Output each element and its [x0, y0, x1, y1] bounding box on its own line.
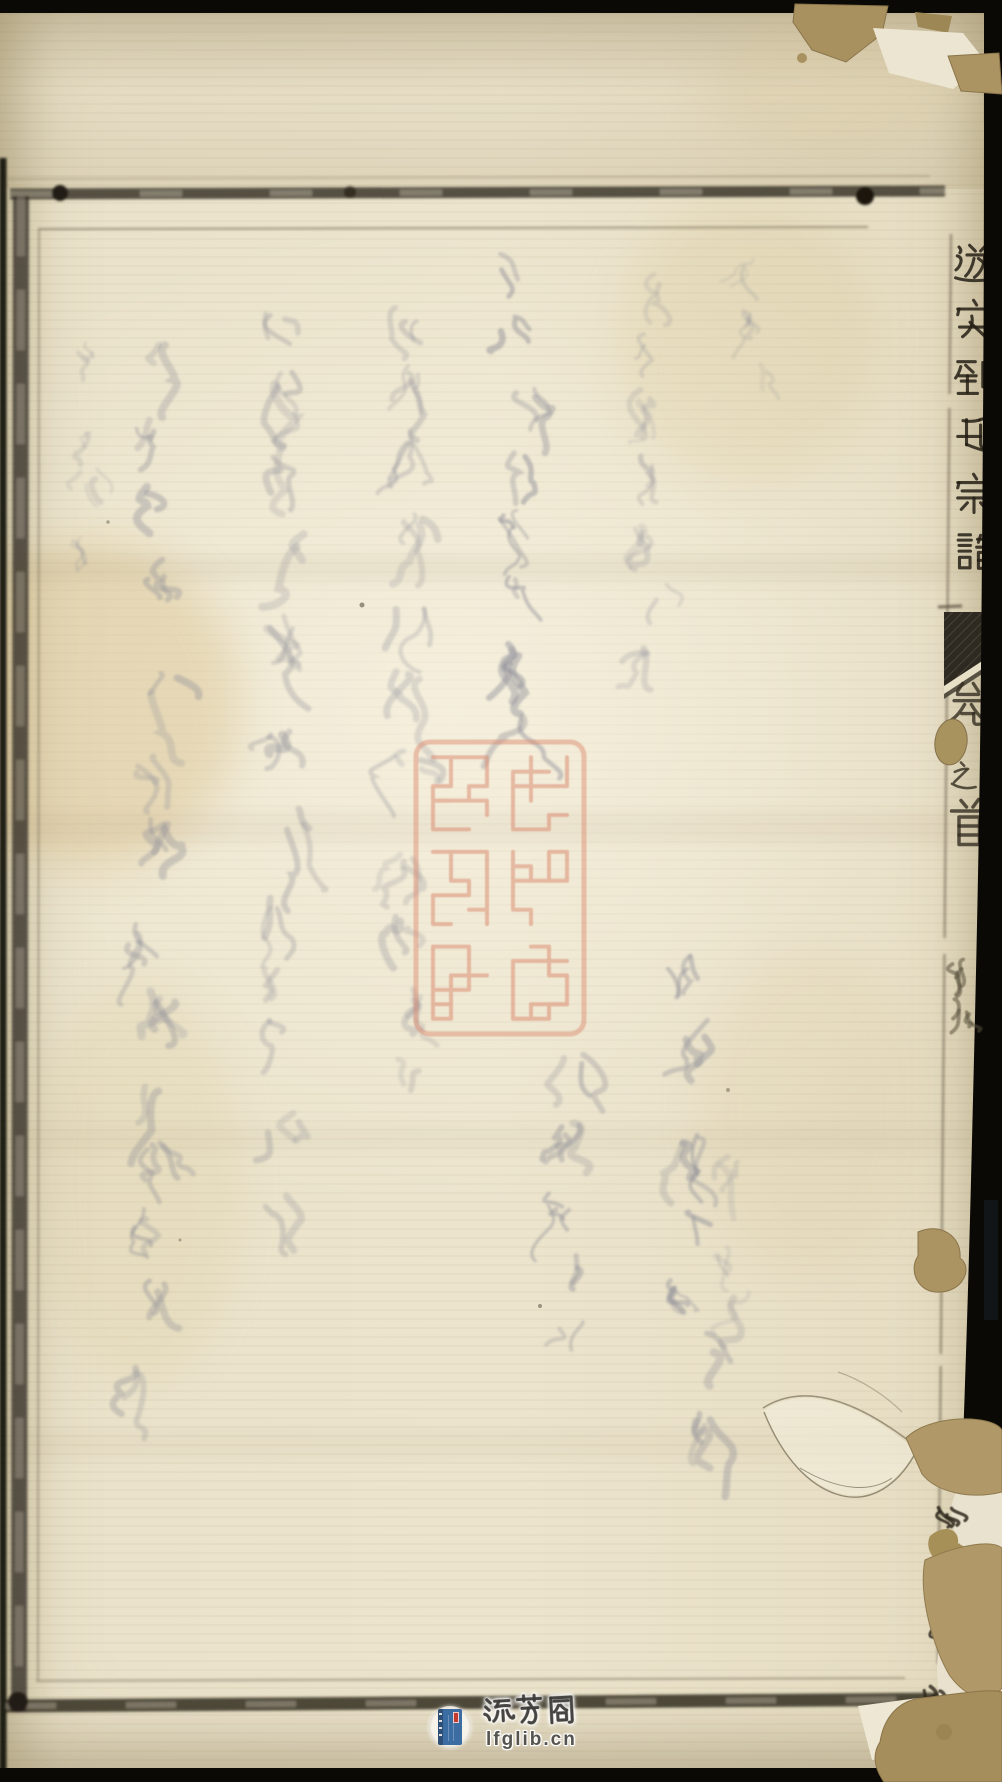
book-title-label: [453, 1712, 459, 1723]
book-logo-badge: [429, 1706, 471, 1748]
cjk-glyph: [481, 1693, 514, 1726]
scanned-genealogy-page: lfglib.cn: [0, 0, 1002, 1782]
watermark-site-url: lfglib.cn: [486, 1729, 577, 1751]
book-icon: [438, 1709, 462, 1745]
cjk-glyph: [545, 1693, 578, 1726]
watermark-site-name: [482, 1694, 592, 1734]
book-stitch-lines: [439, 1713, 442, 1741]
torn-patches-right: [0, 0, 1002, 1782]
cjk-glyph: [513, 1693, 546, 1726]
